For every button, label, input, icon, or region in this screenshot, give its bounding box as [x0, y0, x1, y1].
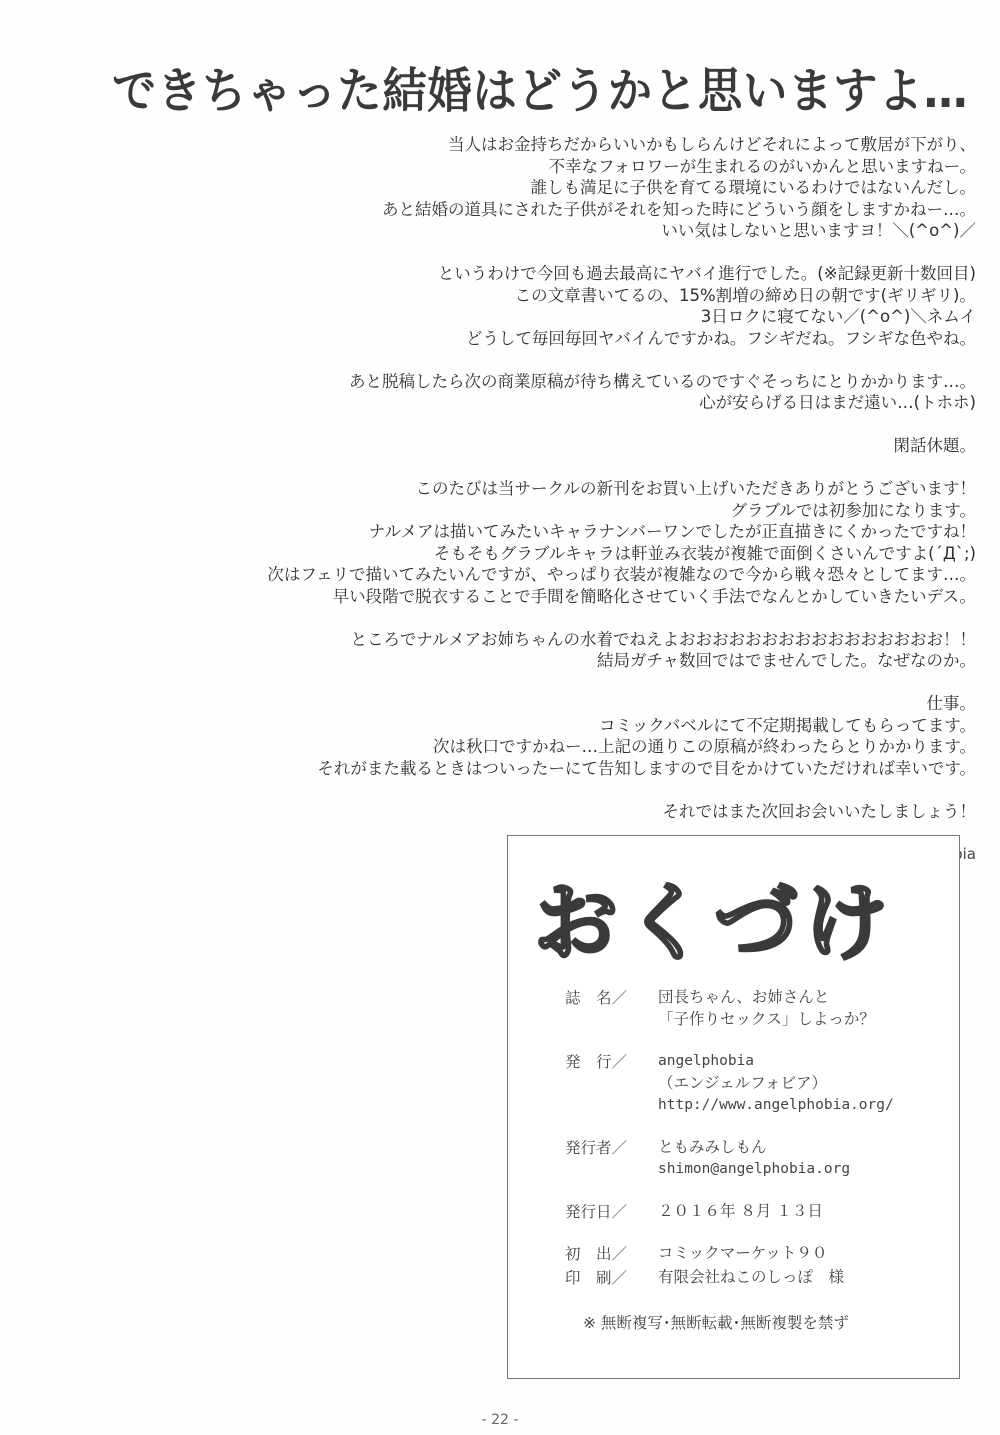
colophon-label: 初 出／	[565, 1242, 658, 1264]
colophon-value: ともみみしもん	[658, 1136, 850, 1158]
colophon-value: （エンジェルフォビア）	[658, 1072, 894, 1094]
afterword-line: どうして毎回毎回ヤバイんですかね。フシギだね。フシギな色やね。	[176, 328, 976, 350]
afterword-line: 3日ロクに寝てない／(^o^)＼ネムイ	[176, 306, 976, 328]
afterword-line: 結局ガチャ数回ではでませんでした。なぜなのか。	[176, 650, 976, 672]
afterword-paragraph: 当人はお金持ちだからいいかもしらんけどそれによって敷居が下がり、 不幸なフォロワ…	[176, 134, 976, 242]
colophon-label: 印 刷／	[565, 1266, 658, 1288]
afterword-paragraph: それではまた次回お会いいたしましょう！	[176, 801, 976, 823]
colophon-row-first-release: 初 出／ コミックマーケット９０	[565, 1242, 894, 1264]
afterword-line: 次は秋口ですかねー…上記の通りこの原稿が終わったらとりかかります。	[176, 736, 976, 758]
afterword-line: 閑話休題。	[176, 435, 976, 457]
afterword-line: 仕事。	[176, 693, 976, 715]
afterword-line: コミックバベルにて不定期掲載してもらってます。	[176, 715, 976, 737]
afterword-line: 早い段階で脱衣することで手間を簡略化させていく手法でなんとかしていきたいデス。	[176, 586, 976, 608]
afterword-paragraph: ところでナルメアお姉ちゃんの水着でねえよおおおおおおおおおおおおおおおお！！ 結…	[176, 629, 976, 672]
colophon-label: 発 行／	[565, 1050, 658, 1116]
afterword-line: このたびは当サークルの新刊をお買い上げいただきありがとうございます！	[176, 478, 976, 500]
colophon-table: 誌 名／ 団長ちゃん、お姉さんと 「子作りセックス」しよっか？ 発 行／ ang…	[565, 986, 894, 1308]
afterword-line: 当人はお金持ちだからいいかもしらんけどそれによって敷居が下がり、	[176, 134, 976, 156]
colophon-value: 有限会社ねこのしっぽ 様	[658, 1266, 844, 1288]
colophon-value: コミックマーケット９０	[658, 1242, 827, 1264]
colophon-value: angelphobia	[658, 1050, 894, 1072]
colophon-url: http://www.angelphobia.org/	[658, 1094, 894, 1116]
afterword-line: あと脱稿したら次の商業原稿が待ち構えているのですぐそっちにとりかかります…。	[176, 371, 976, 393]
copyright-notice: ※ 無断複写･無断転載･無断複製を禁ず	[583, 1311, 849, 1333]
afterword-line: それがまた載るときはついったーにて告知しますので目をかけていただければ幸いです。	[176, 758, 976, 780]
colophon-row-printer: 印 刷／ 有限会社ねこのしっぽ 様	[565, 1266, 894, 1288]
afterword-line: 次はフェリで描いてみたいんですが、やっぱり衣装が複雑なので今から戦々恐々としてま…	[176, 564, 976, 586]
colophon-row-publisher: 発 行／ angelphobia （エンジェルフォビア） http://www.…	[565, 1050, 894, 1116]
colophon-row-date: 発行日／ ２０１６年 ８月 １３日	[565, 1200, 894, 1222]
afterword-line: というわけで今回も過去最高にヤバイ進行でした。(※記録更新十数回目)	[176, 263, 976, 285]
afterword-paragraph: このたびは当サークルの新刊をお買い上げいただきありがとうございます！ グラブルで…	[176, 478, 976, 607]
afterword-paragraph: というわけで今回も過去最高にヤバイ進行でした。(※記録更新十数回目) この文章書…	[176, 263, 976, 349]
afterword-line: ナルメアは描いてみたいキャラナンバーワンでしたが正直描きにくかったですね！	[176, 521, 976, 543]
afterword-headline: できちゃった結婚はどうかと思いますよ…	[112, 52, 922, 121]
afterword-line: ところでナルメアお姉ちゃんの水着でねえよおおおおおおおおおおおおおおおお！！	[176, 629, 976, 651]
colophon-box: おくづけ 誌 名／ 団長ちゃん、お姉さんと 「子作りセックス」しよっか？ 発 行…	[507, 835, 960, 1379]
afterword-line: そもそもグラブルキャラは軒並み衣装が複雑で面倒くさいんですよ(´Д`;)	[176, 543, 976, 565]
afterword-line: それではまた次回お会いいたしましょう！	[176, 801, 976, 823]
afterword-line: グラブルでは初参加になります。	[176, 500, 976, 522]
manga-afterword-page: できちゃった結婚はどうかと思いますよ… 当人はお金持ちだからいいかもしらんけどそ…	[0, 0, 1000, 1435]
afterword-line: この文章書いてるの、15%割増の締め日の朝です(ギリギリ)。	[176, 285, 976, 307]
page-number: - 22 -	[0, 1412, 1000, 1428]
colophon-title: おくづけ	[534, 856, 894, 977]
afterword-line: いい気はしないと思いますヨ！＼(^o^)／	[176, 220, 976, 242]
colophon-value: 団長ちゃん、お姉さんと	[658, 986, 875, 1008]
colophon-value: ２０１６年 ８月 １３日	[658, 1200, 823, 1222]
afterword-line: 心が安らげる日はまだ遠い…(トホホ)	[176, 392, 976, 414]
afterword-paragraph: 仕事。 コミックバベルにて不定期掲載してもらってます。 次は秋口ですかねー…上記…	[176, 693, 976, 779]
afterword-paragraph: あと脱稿したら次の商業原稿が待ち構えているのですぐそっちにとりかかります…。 心…	[176, 371, 976, 414]
colophon-label: 発行者／	[565, 1136, 658, 1180]
colophon-row-title: 誌 名／ 団長ちゃん、お姉さんと 「子作りセックス」しよっか？	[565, 986, 894, 1030]
colophon-label: 誌 名／	[565, 986, 658, 1030]
colophon-value: 「子作りセックス」しよっか？	[658, 1008, 875, 1030]
afterword-line: 不幸なフォロワーが生まれるのがいかんと思いますねー。	[176, 156, 976, 178]
afterword-paragraph: 閑話休題。	[176, 435, 976, 457]
afterword-body: 当人はお金持ちだからいいかもしらんけどそれによって敷居が下がり、 不幸なフォロワ…	[176, 134, 976, 887]
afterword-line: あと結婚の道具にされた子供がそれを知った時にどういう顔をしますかねー…。	[176, 199, 976, 221]
colophon-row-issuer: 発行者／ ともみみしもん shimon@angelphobia.org	[565, 1136, 894, 1180]
colophon-label: 発行日／	[565, 1200, 658, 1222]
colophon-email: shimon@angelphobia.org	[658, 1158, 850, 1180]
afterword-line: 誰しも満足に子供を育てる環境にいるわけではないんだし。	[176, 177, 976, 199]
